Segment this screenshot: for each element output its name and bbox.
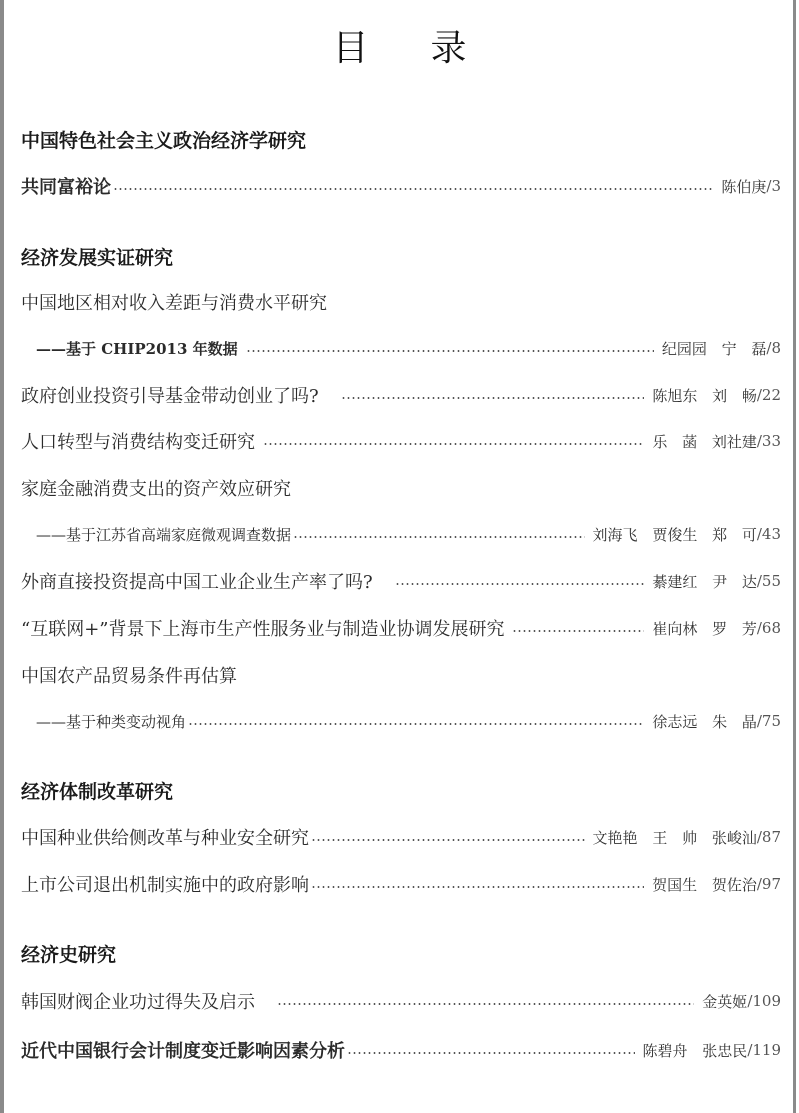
entry-authors: 贺国生 贺佐治: [652, 874, 757, 895]
entry-page: /87: [757, 828, 781, 846]
dot-leader: [113, 188, 713, 190]
entry-title: 政府创业投资引导基金带动创业了吗?: [21, 382, 319, 408]
entry-page: /119: [747, 1041, 781, 1059]
entry-title: 中国农产品贸易条件再估算: [21, 662, 237, 688]
toc-entry-title[interactable]: 中国地区相对收入差距与消费水平研究: [21, 289, 781, 315]
toc-entry[interactable]: 上市公司退出机制实施中的政府影响 贺国生 贺佐治 /97: [21, 871, 781, 897]
toc-entry-subtitle[interactable]: ——基于江苏省高端家庭微观调查数据 刘海飞 贾俊生 郑 可 /43: [36, 521, 781, 547]
entry-title: 近代中国银行会计制度变迁影响因素分析: [21, 1037, 345, 1063]
toc-entry[interactable]: 政府创业投资引导基金带动创业了吗? 陈旭东 刘 畅 /22: [21, 382, 781, 408]
entry-subtitle: ——基于 CHIP2013 年数据: [36, 338, 238, 359]
dot-leader: [188, 723, 644, 725]
page-title: 目录: [0, 20, 799, 71]
dot-leader: [246, 350, 654, 352]
entry-authors: 陈伯庚: [721, 176, 766, 197]
entry-page: /55: [757, 572, 781, 590]
entry-authors: 綦建红 尹 达: [652, 571, 757, 592]
dot-leader: [311, 886, 644, 888]
toc-entry[interactable]: 近代中国银行会计制度变迁影响因素分析 陈碧舟 张忠民 /119: [21, 1037, 781, 1063]
entry-subtitle: ——基于种类变动视角: [36, 711, 186, 732]
dot-leader: [263, 443, 644, 445]
toc-entry-title[interactable]: 家庭金融消费支出的资产效应研究: [21, 475, 781, 501]
dot-leader: [293, 536, 585, 538]
entry-authors: 陈碧舟 张忠民: [643, 1040, 748, 1061]
entry-page: /68: [757, 619, 781, 637]
page-left-border: [0, 0, 4, 1113]
entry-subtitle: ——基于江苏省高端家庭微观调查数据: [36, 524, 291, 545]
page-title-char-1: 目: [332, 20, 368, 71]
entry-authors: 崔向林 罗 芳: [652, 618, 757, 639]
section-heading: 经济史研究: [21, 940, 116, 967]
entry-title: 中国地区相对收入差距与消费水平研究: [21, 289, 327, 315]
entry-authors: 乐 菡 刘社建: [652, 431, 757, 452]
page-title-char-2: 录: [431, 20, 467, 71]
entry-page: /97: [757, 875, 781, 893]
entry-title: 外商直接投资提高中国工业企业生产率了吗?: [21, 568, 373, 594]
toc-entry-subtitle[interactable]: ——基于种类变动视角 徐志远 朱 晶 /75: [36, 708, 781, 734]
dot-leader: [347, 1052, 635, 1054]
entry-title: 家庭金融消费支出的资产效应研究: [21, 475, 291, 501]
entry-page: /43: [757, 525, 781, 543]
entry-authors: 刘海飞 贾俊生 郑 可: [593, 524, 757, 545]
toc-entry[interactable]: 韩国财阀企业功过得失及启示 金英姬 /109: [21, 988, 781, 1014]
section-heading: 中国特色社会主义政治经济学研究: [21, 126, 306, 153]
page-right-border: [793, 0, 796, 1113]
entry-title: 人口转型与消费结构变迁研究: [21, 428, 255, 454]
entry-title: “互联网+”背景下上海市生产性服务业与制造业协调发展研究: [21, 615, 504, 641]
entry-page: /33: [757, 432, 781, 450]
dot-leader: [395, 583, 645, 585]
section-heading: 经济发展实证研究: [21, 243, 173, 270]
entry-authors: 徐志远 朱 晶: [652, 711, 757, 732]
entry-title: 中国种业供给侧改革与种业安全研究: [21, 824, 309, 850]
entry-authors: 文艳艳 王 帅 张峻汕: [593, 827, 757, 848]
entry-authors: 陈旭东 刘 畅: [652, 385, 757, 406]
entry-title: 上市公司退出机制实施中的政府影响: [21, 871, 309, 897]
dot-leader: [277, 1003, 694, 1005]
entry-page: /75: [757, 712, 781, 730]
toc-entry[interactable]: 中国种业供给侧改革与种业安全研究 文艳艳 王 帅 张峻汕 /87: [21, 824, 781, 850]
dot-leader: [512, 630, 644, 632]
toc-entry[interactable]: 外商直接投资提高中国工业企业生产率了吗? 綦建红 尹 达 /55: [21, 568, 781, 594]
entry-page: /22: [757, 386, 781, 404]
entry-page: /109: [747, 992, 781, 1010]
entry-page: /8: [766, 339, 781, 357]
toc-entry[interactable]: 人口转型与消费结构变迁研究 乐 菡 刘社建 /33: [21, 428, 781, 454]
entry-page: /3: [766, 177, 781, 195]
section-heading: 经济体制改革研究: [21, 777, 173, 804]
toc-entry-subtitle[interactable]: ——基于 CHIP2013 年数据 纪园园 宁 磊 /8: [36, 335, 781, 361]
entry-title: 共同富裕论: [21, 173, 111, 199]
dot-leader: [311, 839, 585, 841]
dot-leader: [341, 397, 645, 399]
entry-authors: 金英姬: [702, 991, 747, 1012]
entry-authors: 纪园园 宁 磊: [662, 338, 767, 359]
toc-entry[interactable]: 共同富裕论 陈伯庚 /3: [21, 173, 781, 199]
entry-title: 韩国财阀企业功过得失及启示: [21, 988, 255, 1014]
toc-entry[interactable]: “互联网+”背景下上海市生产性服务业与制造业协调发展研究 崔向林 罗 芳 /68: [21, 615, 781, 641]
toc-entry-title[interactable]: 中国农产品贸易条件再估算: [21, 662, 781, 688]
